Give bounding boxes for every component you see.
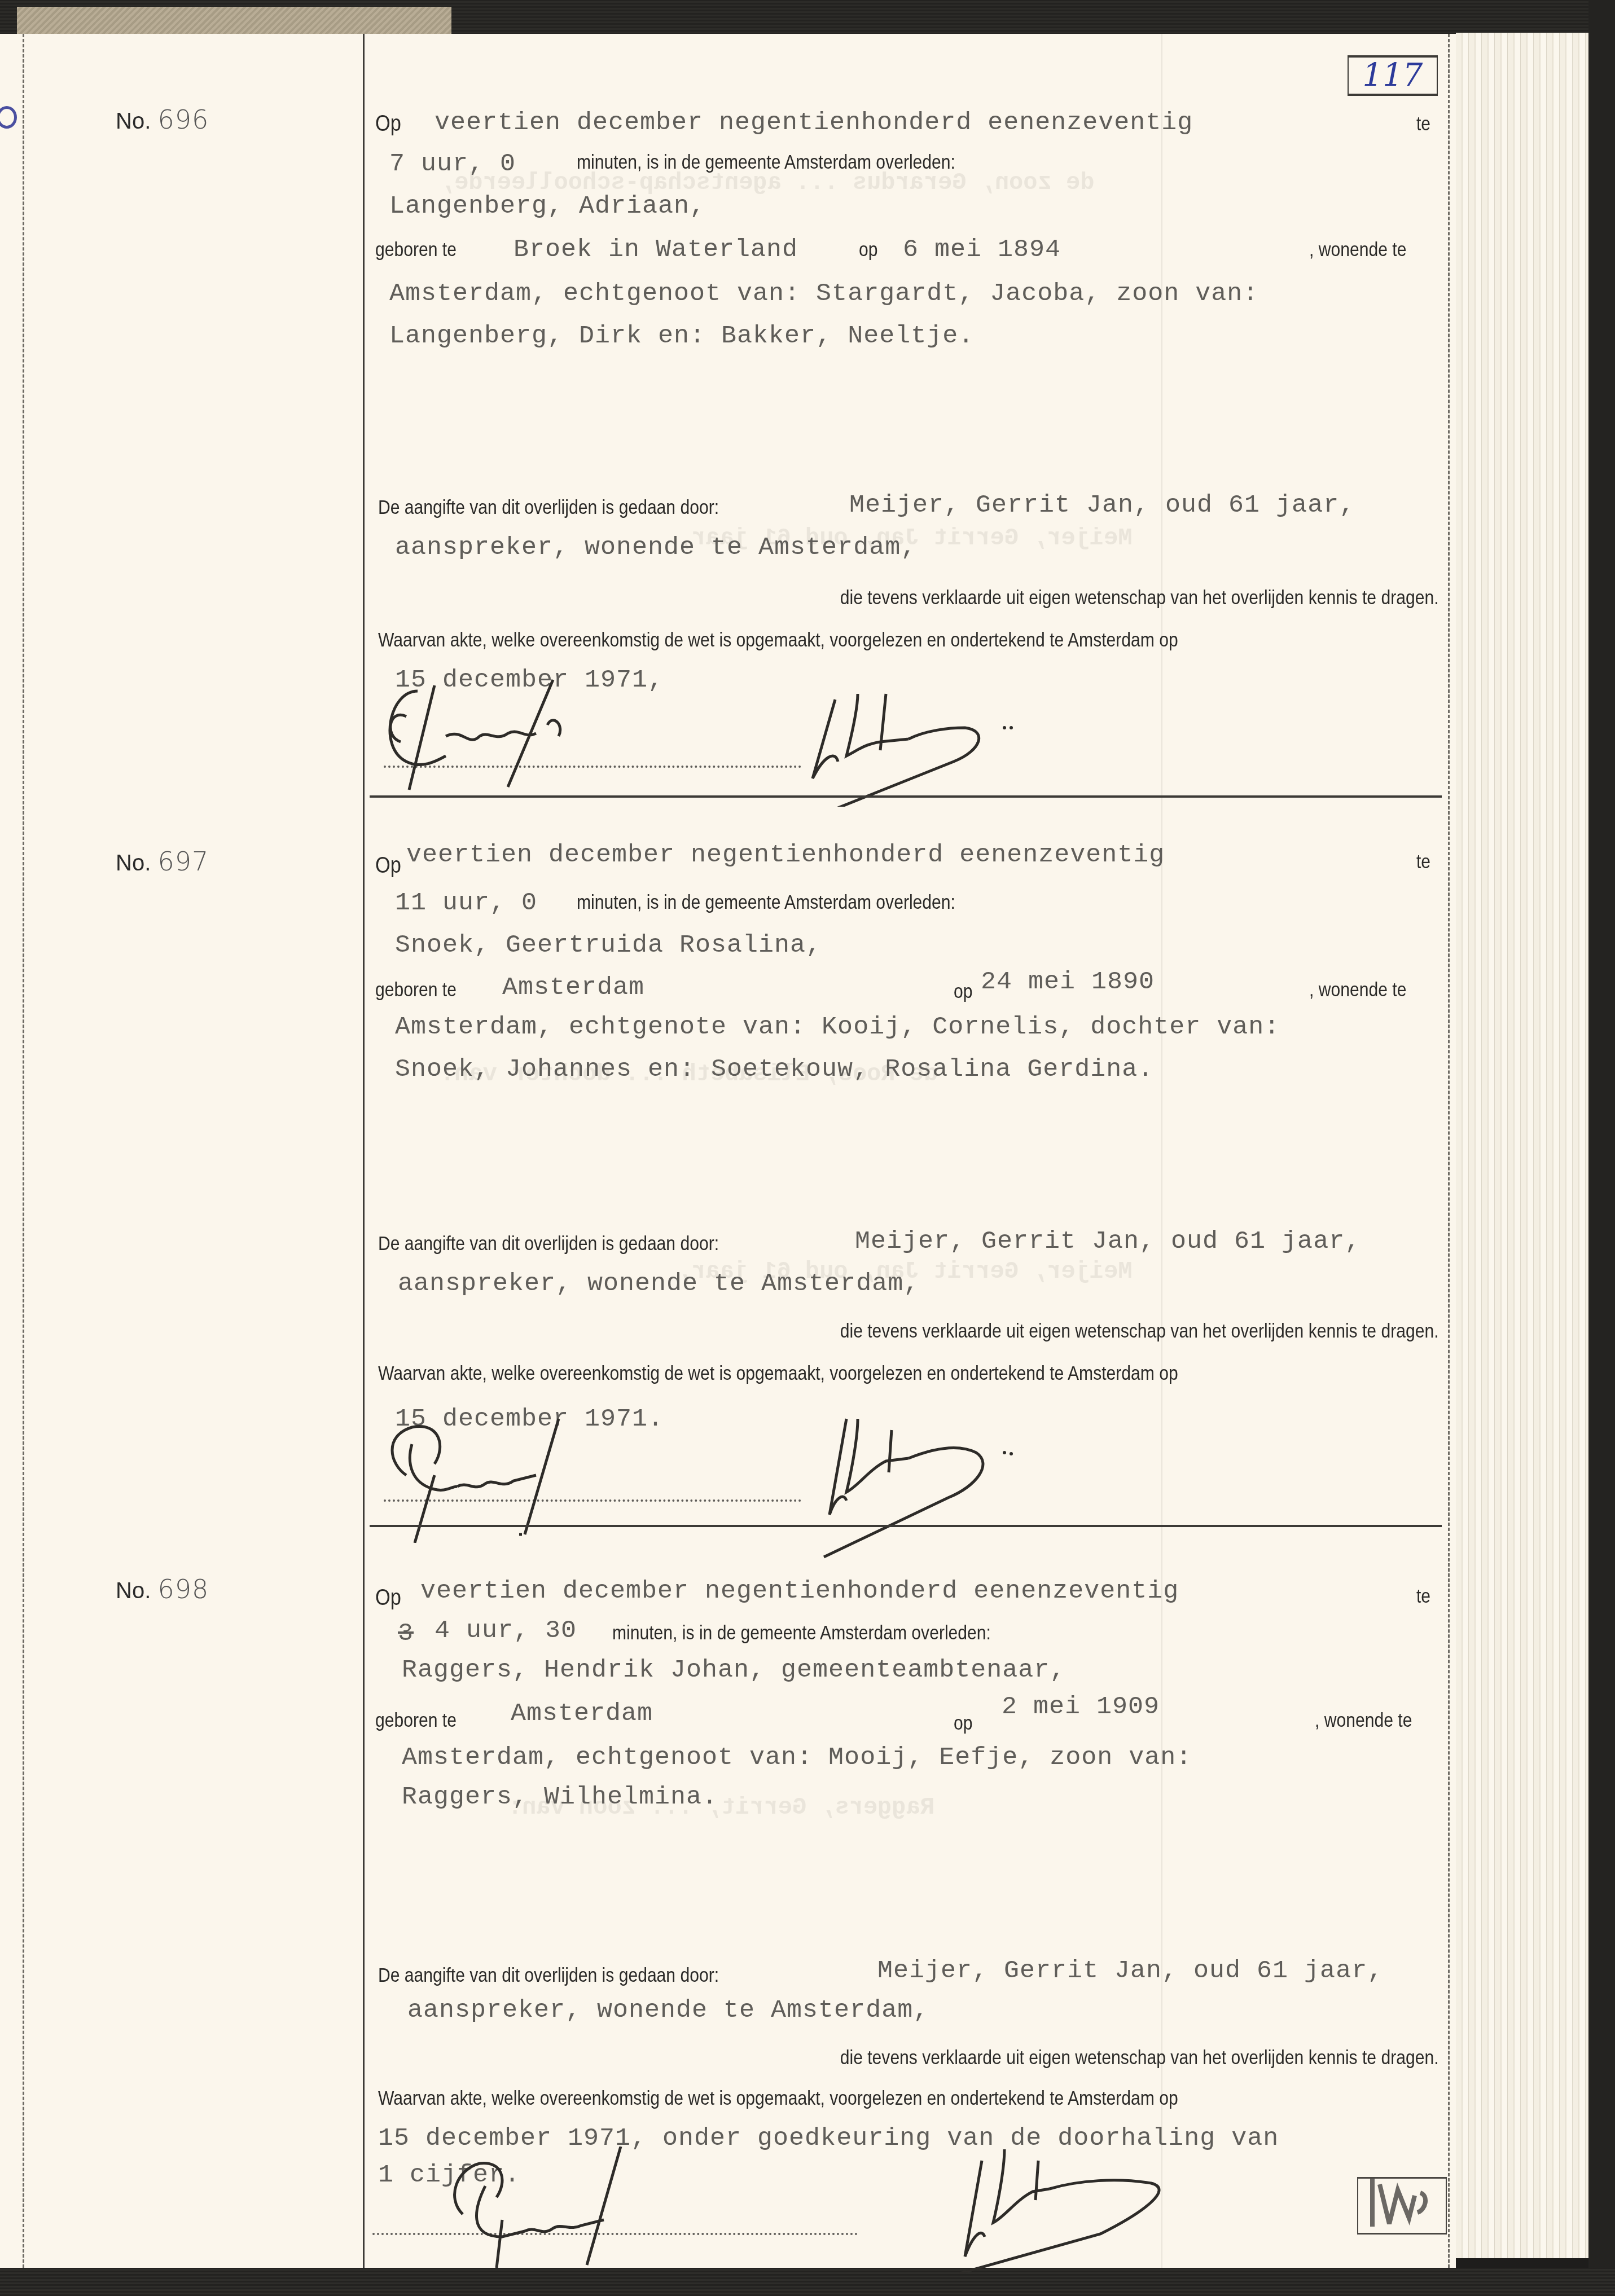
date-of-death: veertien december negentienhonderd eenen… xyxy=(406,841,1165,869)
record-number-value: 696 xyxy=(157,104,209,135)
born-at-label: geboren te xyxy=(375,979,457,1001)
deceased-name: Raggers, Hendrik Johan, gemeenteambtenaa… xyxy=(402,1656,1065,1684)
record-number-value: 698 xyxy=(157,1574,209,1604)
register-page xyxy=(0,34,1456,2268)
residing-label: , wonende te xyxy=(1315,1709,1412,1732)
book-cover-right xyxy=(1588,0,1615,2296)
signature-informant-icon xyxy=(959,2149,1366,2273)
parents-line: Snoek, Johannes en: Soetekouw, Rosalina … xyxy=(395,1055,1153,1084)
born-on-label: op xyxy=(954,1712,972,1735)
birthdate: 2 mei 1909 xyxy=(1002,1692,1160,1721)
op-label: Op xyxy=(375,1585,401,1611)
no-label: No. xyxy=(116,109,151,134)
birthdate: 24 mei 1890 xyxy=(981,967,1155,996)
birthdate: 6 mei 1894 xyxy=(903,235,1061,264)
page-edges-stack xyxy=(1456,33,1588,2258)
born-on-label: op xyxy=(859,239,877,261)
date-of-death: veertien december negentienhonderd eenen… xyxy=(420,1577,1179,1606)
parents-line: Raggers, Wilhelmina. xyxy=(402,1783,718,1811)
knowledge-statement: die tevens verklaarde uit eigen wetensch… xyxy=(840,1320,1439,1343)
record-number: No. 696 xyxy=(116,104,209,135)
signature-registrar-icon xyxy=(384,674,813,793)
book-cover-bottom xyxy=(0,2268,1615,2296)
born-at-label: geboren te xyxy=(375,239,457,261)
binding-cloth-tab xyxy=(17,7,451,36)
birthplace: Amsterdam xyxy=(511,1699,653,1728)
born-at-label: geboren te xyxy=(375,1709,457,1732)
record-separator-line xyxy=(370,1525,1442,1527)
time-of-death: 11 uur, 0 xyxy=(395,889,537,917)
informant-name: Meijer, Gerrit Jan, oud 61 jaar, xyxy=(877,1956,1383,1985)
signature-informant-icon xyxy=(779,1413,1343,1560)
residing-label: , wonende te xyxy=(1309,979,1406,1001)
te-label: te xyxy=(1416,1585,1430,1608)
declaration-label: De aangifte van dit overlijden is gedaan… xyxy=(378,496,719,519)
no-label: No. xyxy=(116,1578,151,1603)
deed-statement: Waarvan akte, welke overeenkomstig de we… xyxy=(378,629,1178,652)
faint-fold-line xyxy=(1161,34,1162,2268)
minutes-clause: minuten, is in de gemeente Amsterdam ove… xyxy=(577,151,955,174)
signature-registrar-icon xyxy=(440,2147,880,2268)
deed-statement: Waarvan akte, welke overeenkomstig de we… xyxy=(378,2087,1178,2110)
birthplace: Broek in Waterland xyxy=(514,235,798,264)
declaration-label: De aangifte van dit overlijden is gedaan… xyxy=(378,1233,719,1255)
informant-occupation: aanspreker, wonende te Amsterdam, xyxy=(395,533,916,562)
record-number: No. 698 xyxy=(116,1574,209,1604)
minutes-clause: minuten, is in de gemeente Amsterdam ove… xyxy=(612,1622,991,1644)
left-margin-dashed-line xyxy=(23,34,24,2268)
residence-spouse-line: Amsterdam, echtgenoot van: Stargardt, Ja… xyxy=(389,279,1258,308)
record-number: No. 697 xyxy=(116,846,209,877)
deceased-name: Langenberg, Adriaan, xyxy=(389,192,705,221)
initials-correction-box xyxy=(1357,2177,1447,2235)
time-of-death: 4 uur, 30 xyxy=(435,1616,577,1645)
residing-label: , wonende te xyxy=(1309,239,1406,261)
deed-statement: Waarvan akte, welke overeenkomstig de we… xyxy=(378,1362,1178,1385)
signature-registrar-icon xyxy=(384,1413,813,1543)
minutes-clause: minuten, is in de gemeente Amsterdam ove… xyxy=(577,891,955,914)
knowledge-statement: die tevens verklaarde uit eigen wetensch… xyxy=(840,587,1439,609)
right-margin-dashed-line xyxy=(1448,34,1450,2268)
no-label: No. xyxy=(116,851,151,876)
te-label: te xyxy=(1416,113,1430,135)
residence-spouse-line: Amsterdam, echtgenoot van: Mooij, Eefje,… xyxy=(402,1743,1192,1772)
record-number-value: 697 xyxy=(157,846,209,877)
informant-name: Meijer, Gerrit Jan, oud 61 jaar, xyxy=(849,491,1355,520)
page-number-box: 117 xyxy=(1348,55,1438,96)
page-number: 117 xyxy=(1349,58,1437,94)
initials-mark-icon xyxy=(1358,2179,1446,2233)
number-column-divider xyxy=(363,34,365,2268)
knowledge-statement: die tevens verklaarde uit eigen wetensch… xyxy=(840,2047,1439,2069)
informant-occupation: aanspreker, wonende te Amsterdam, xyxy=(398,1269,919,1298)
birthplace: Amsterdam xyxy=(502,973,644,1002)
op-label: Op xyxy=(375,111,401,137)
born-on-label: op xyxy=(954,980,972,1003)
residence-spouse-line: Amsterdam, echtgenote van: Kooij, Cornel… xyxy=(395,1013,1280,1041)
record-separator-line xyxy=(370,795,1442,798)
parents-line: Langenberg, Dirk en: Bakker, Neeltje. xyxy=(389,322,974,350)
struck-time-digit: 3 xyxy=(398,1619,414,1648)
date-of-death: veertien december negentienhonderd eenen… xyxy=(435,108,1193,137)
deceased-name: Snoek, Geertruida Rosalina, xyxy=(395,931,822,960)
te-label: te xyxy=(1416,851,1430,873)
declaration-label: De aangifte van dit overlijden is gedaan… xyxy=(378,1964,719,1987)
time-of-death: 7 uur, 0 xyxy=(389,149,516,178)
informant-name: Meijer, Gerrit Jan, oud 61 jaar, xyxy=(855,1227,1361,1256)
informant-occupation: aanspreker, wonende te Amsterdam, xyxy=(407,1996,929,2025)
signature-informant-icon xyxy=(779,677,1343,807)
op-label: Op xyxy=(375,853,401,878)
